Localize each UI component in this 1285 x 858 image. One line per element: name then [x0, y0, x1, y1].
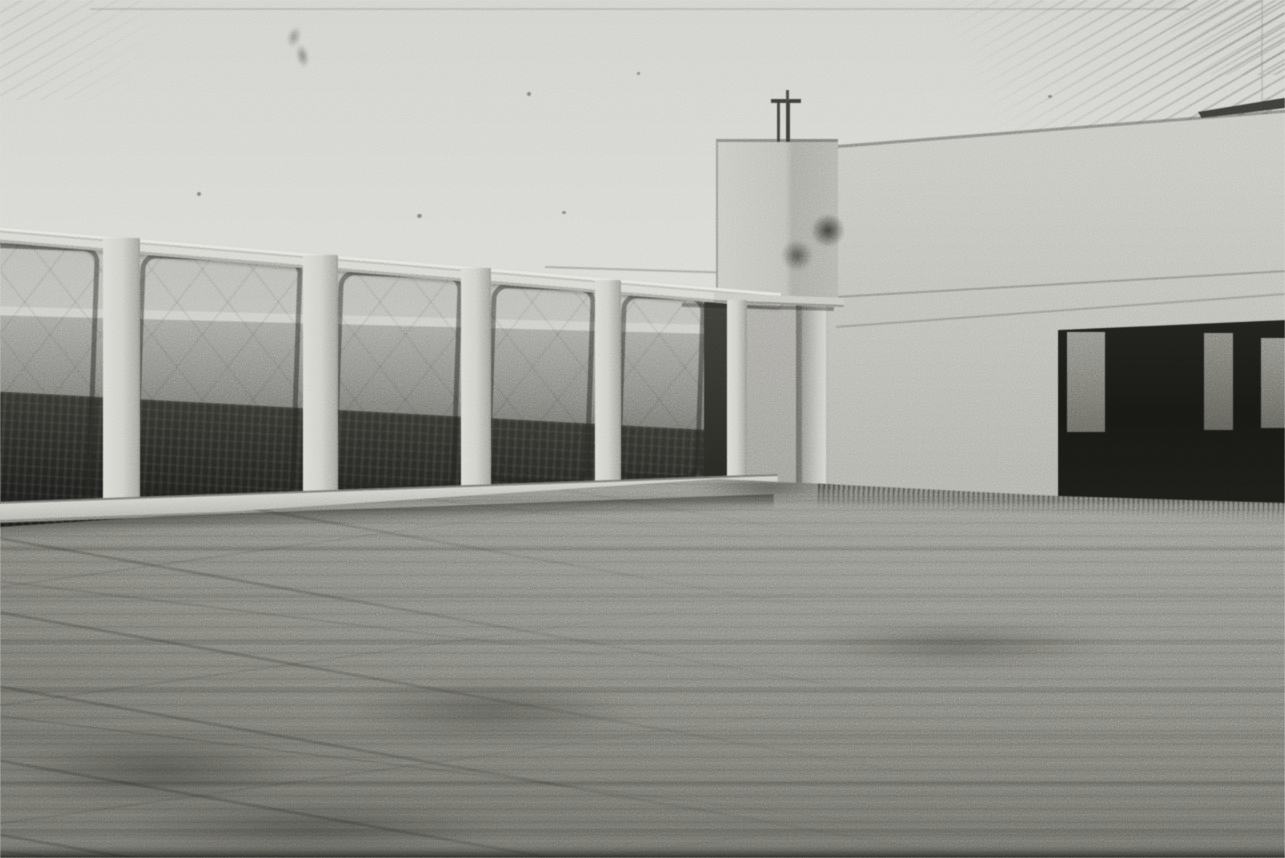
recessed-loggia	[1058, 314, 1285, 510]
horizontal-scratch-line	[90, 8, 1190, 10]
terrace-photograph: Roof terrace of a modernist white buildi…	[0, 0, 1285, 858]
mesh-panel-frame	[485, 283, 596, 486]
scratch-hatching-top-left	[0, 0, 185, 100]
vent-pipe	[786, 100, 790, 142]
dust-speck	[637, 72, 640, 75]
mesh-panel-frame	[331, 270, 462, 491]
vent-pipe-tip	[786, 90, 789, 101]
vertical-scratch-line	[1261, 0, 1263, 112]
scratch-hatching-corner	[1150, 0, 1285, 75]
railing-post	[595, 280, 621, 482]
loggia-door-panel	[1261, 338, 1285, 428]
chimney-shadow-band	[796, 298, 830, 486]
photo-scene	[0, 0, 1285, 858]
chimney-base	[746, 300, 802, 484]
chimney-shaded-recess	[704, 302, 728, 480]
railing-post	[727, 300, 747, 480]
mesh-panel-frame	[0, 242, 100, 505]
dust-speck	[1048, 95, 1052, 98]
dust-speck	[527, 92, 531, 96]
railing-post	[103, 238, 140, 500]
floor-stain	[120, 800, 500, 855]
railing-post	[461, 268, 491, 487]
dust-speck	[562, 211, 566, 214]
terrace-floor	[0, 470, 1285, 858]
vent-pipe	[777, 103, 780, 142]
floor-stain	[340, 680, 640, 740]
photo-bottom-edge-shadow	[0, 848, 1285, 858]
loggia-door-panel	[1204, 333, 1233, 430]
floor-stain	[20, 735, 300, 805]
dust-speck	[417, 214, 422, 218]
railing-post	[303, 255, 338, 492]
loggia-door-panel	[1067, 332, 1105, 432]
floor-stain	[800, 620, 1120, 670]
mesh-panel-frame	[133, 253, 303, 500]
dust-speck	[197, 192, 201, 196]
mesh-panel-frame	[616, 293, 706, 481]
